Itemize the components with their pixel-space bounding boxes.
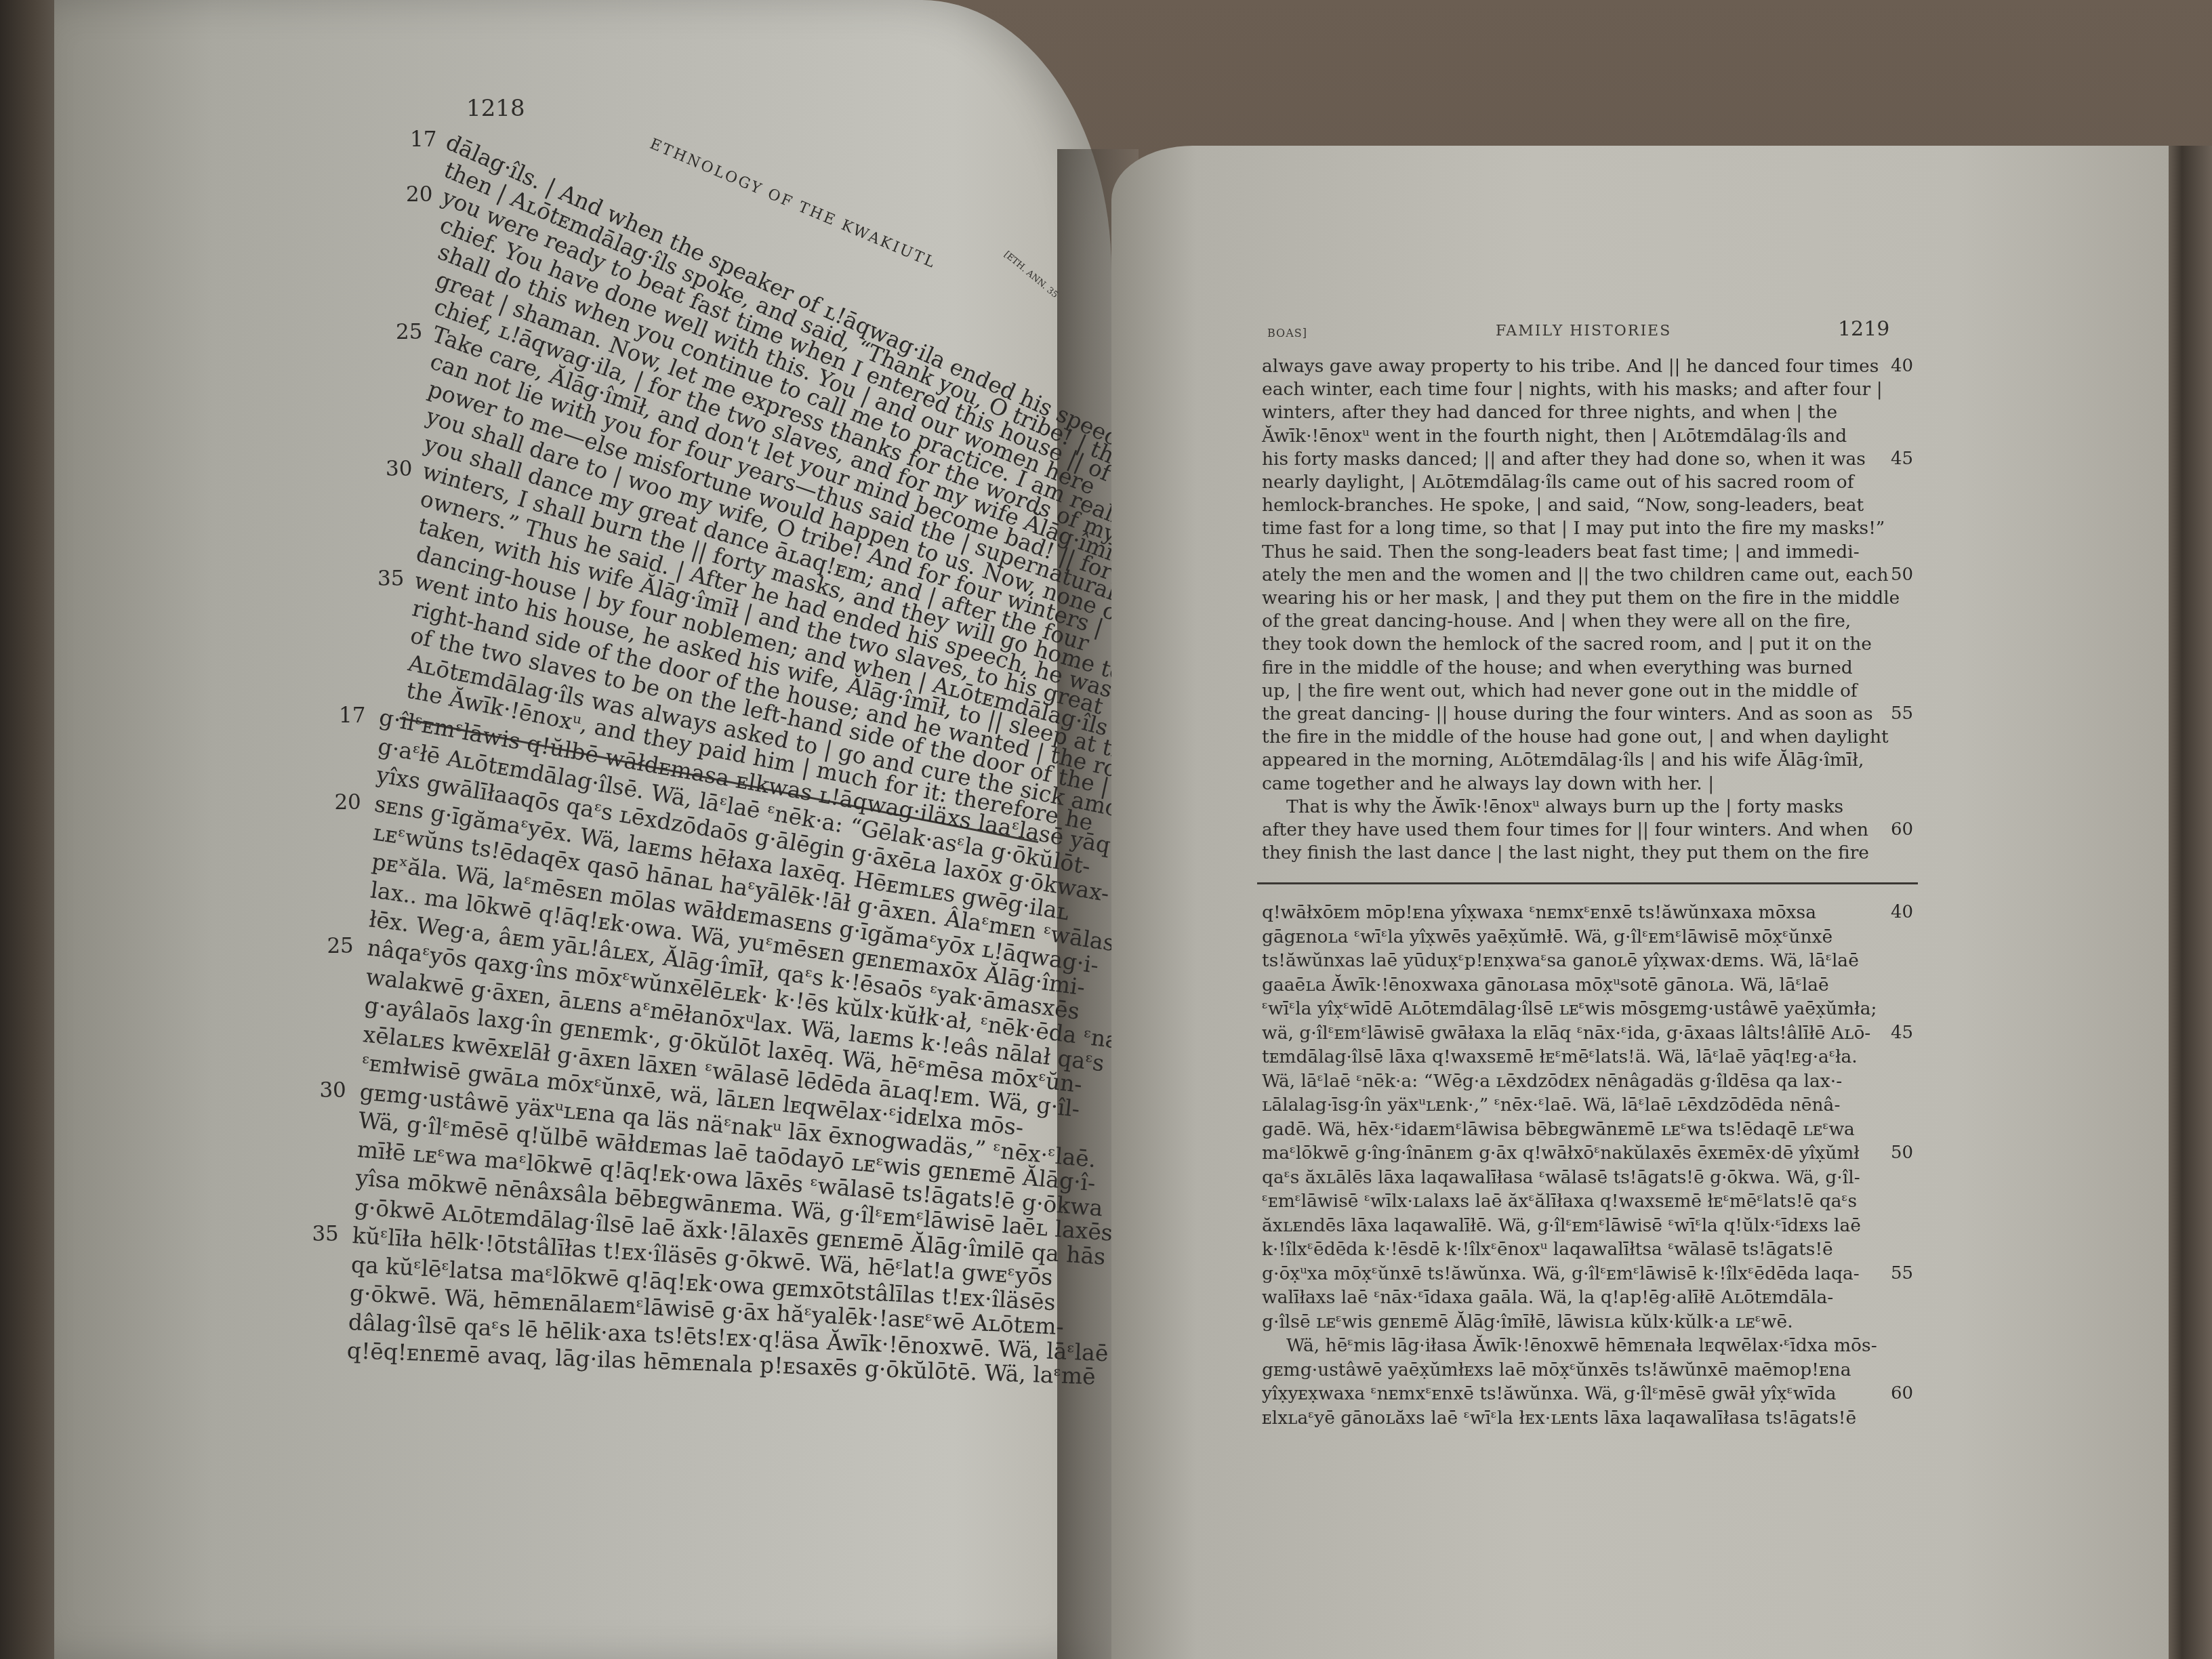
text-line: g·ōx̣ᵘxa mōx̣ᵋŭnxē ts!ăwŭnxa. Wä, g·îlᵋᴇ… [1262, 1263, 1860, 1286]
line-number: 35 [312, 1222, 338, 1246]
line-number: 30 [386, 457, 412, 481]
text-line: each winter, each time four | nights, wi… [1262, 378, 1883, 401]
line-number: 55 [1891, 1263, 1913, 1284]
book-page-edges-right [2162, 146, 2212, 1659]
line-number: 45 [1891, 449, 1913, 469]
text-line: yîx̣yᴇx̣waxa ᵋnᴇmxᵋᴇnxē ts!ăwŭnxa. Wä, g… [1262, 1382, 1837, 1406]
right-header-author: BOAS] [1267, 327, 1307, 340]
line-number: 50 [1891, 565, 1913, 585]
text-line: ately the men and the women and || the t… [1262, 564, 1889, 587]
text-line: his forty masks danced; || and after the… [1262, 448, 1866, 471]
text-line: nearly daylight, | Aʟōtᴇmdālag·îls came … [1262, 471, 1854, 494]
text-line: up, | the fire went out, which had never… [1262, 680, 1858, 703]
text-line: Wä, lāᵋlaē ᵋnēk·a: “Wēg·a ʟēxdzōdᴇx nēnâ… [1262, 1070, 1842, 1093]
text-line: always gave away property to his tribe. … [1262, 355, 1879, 378]
text-line: Thus he said. Then the song-leaders beat… [1262, 541, 1860, 564]
text-line: hemlock-branches. He spoke, | and said, … [1262, 494, 1864, 517]
text-line: ts!ăwŭnxas laē yūdux̣ᵋp!ᴇnx̣waᵋsa ganoʟē… [1262, 949, 1859, 972]
text-line: wä, g·îlᵋᴇmᵋlāwisē gwāłaxa la ᴇlāq ᵋnāx·… [1262, 1022, 1870, 1045]
left-page-number: 1218 [466, 95, 525, 122]
line-number: 25 [327, 934, 353, 958]
text-line: winters, after they had danced for three… [1262, 401, 1837, 424]
text-line: they finish the last dance | the last ni… [1262, 842, 1869, 865]
line-number: 35 [377, 567, 404, 591]
text-line: ᴇlxʟaᵋyē gānoʟăxs laē ᵋwīᵋla łᴇx·ʟᴇnts l… [1262, 1407, 1856, 1430]
text-line: qaᵋs ăxʟālēs lāxa laqawalīłasa ᵋwālasē t… [1262, 1166, 1860, 1189]
line-number: 17 [410, 127, 436, 152]
line-number: 40 [1891, 356, 1913, 376]
text-line: ᵋwīᵋla yîx̣ᵋwīdē Aʟōtᴇmdālag·îlsē ʟᴇᵋwis… [1262, 998, 1877, 1021]
text-line: tᴇmdālag·îlsē lāxa q!waxsᴇmē łᴇᵋmēᵋlats!… [1262, 1046, 1858, 1069]
line-number: 50 [1891, 1143, 1913, 1163]
text-line: of the great dancing-house. And | when t… [1262, 610, 1851, 633]
text-line: gᴇmg·ustâwē yaēx̣ŭmłᴇxs laē mōx̣ᵋŭnxēs t… [1262, 1359, 1851, 1382]
text-line: time fast for a long time, so that | I m… [1262, 517, 1885, 540]
text-line: the great dancing- || house during the f… [1262, 703, 1873, 726]
text-line: Wä, hēᵋmis lāg·iłasa Ăwīk·!ēnoxwē hēmᴇna… [1262, 1334, 1877, 1357]
text-line: g·îlsē ʟᴇᵋwis gᴇnᴇmē Ălāg·îmīłē, lāwisʟa… [1262, 1311, 1793, 1334]
text-line: they took down the hemlock of the sacred… [1262, 633, 1872, 656]
line-number: 55 [1891, 703, 1913, 724]
line-number: 30 [319, 1078, 346, 1103]
line-number: 20 [334, 790, 361, 815]
text-line: fire in the middle of the house; and whe… [1262, 657, 1853, 680]
line-number: 17 [339, 703, 365, 728]
text-line: walīłaxs laē ᵋnāx·ᵋīdaxa gaāla. Wä, la q… [1262, 1286, 1833, 1309]
right-running-title: FAMILY HISTORIES [1496, 323, 1671, 340]
text-line: ʟālalag·īsg·în yäxᵘʟᴇnk·,” ᵋnēx·ᵋlaē. Wä… [1262, 1094, 1840, 1117]
text-line: q!wāłxōᴇm mōp!ᴇna yîx̣waxa ᵋnᴇmxᵋᴇnxē ts… [1262, 901, 1816, 924]
text-line: gaaēʟa Ăwīk·!ēnoxwaxa gānoʟasa mōx̣ᵘsotē… [1262, 974, 1829, 997]
right-section-divider [1257, 882, 1918, 884]
text-line: That is why the Ăwīk·!ēnoxᵘ always burn … [1262, 796, 1843, 819]
text-line: Ăwīk·!ēnoxᵘ went in the fourth night, th… [1262, 425, 1847, 448]
text-line: ᵋᴇmᵋlāwisē ᵋwīlx·ʟalaxs laē ăxᵋălīłaxa q… [1262, 1190, 1857, 1213]
text-line: gāgᴇnoʟa ᵋwīᵋla yîx̣wēs yaēx̣ŭmłē. Wä, g… [1262, 926, 1832, 949]
line-number: 60 [1891, 819, 1913, 840]
line-number: 40 [1891, 902, 1913, 922]
right-page-number: 1219 [1838, 317, 1889, 341]
text-line: appeared in the morning, Aʟōtᴇmdālag·îls… [1262, 749, 1864, 772]
text-line: k·!îlxᵋēdēda k·!ēsdē k·!îlxᵋēnoxᵘ laqawa… [1262, 1238, 1833, 1261]
line-number: 45 [1891, 1023, 1913, 1043]
text-line: the fire in the middle of the house had … [1262, 726, 1889, 749]
text-line: came together and he always lay down wit… [1262, 773, 1714, 796]
text-line: ăxʟᴇndēs lāxa laqawalīłē. Wä, g·îlᵋᴇmᵋlā… [1262, 1214, 1861, 1237]
line-number: 25 [396, 320, 422, 344]
text-line: gadē. Wä, hēx·ᵋidaᴇmᵋlāwisa bēbᴇgwānᴇmē … [1262, 1118, 1855, 1141]
line-number: 20 [406, 182, 432, 207]
line-number: 60 [1891, 1383, 1913, 1404]
text-line: after they have used them four times for… [1262, 819, 1868, 842]
text-line: maᵋlōkwē g·îng·înānᴇm g·āx q!wāłxōᵋnakŭl… [1262, 1142, 1860, 1165]
text-line: wearing his or her mask, | and they put … [1262, 587, 1900, 610]
